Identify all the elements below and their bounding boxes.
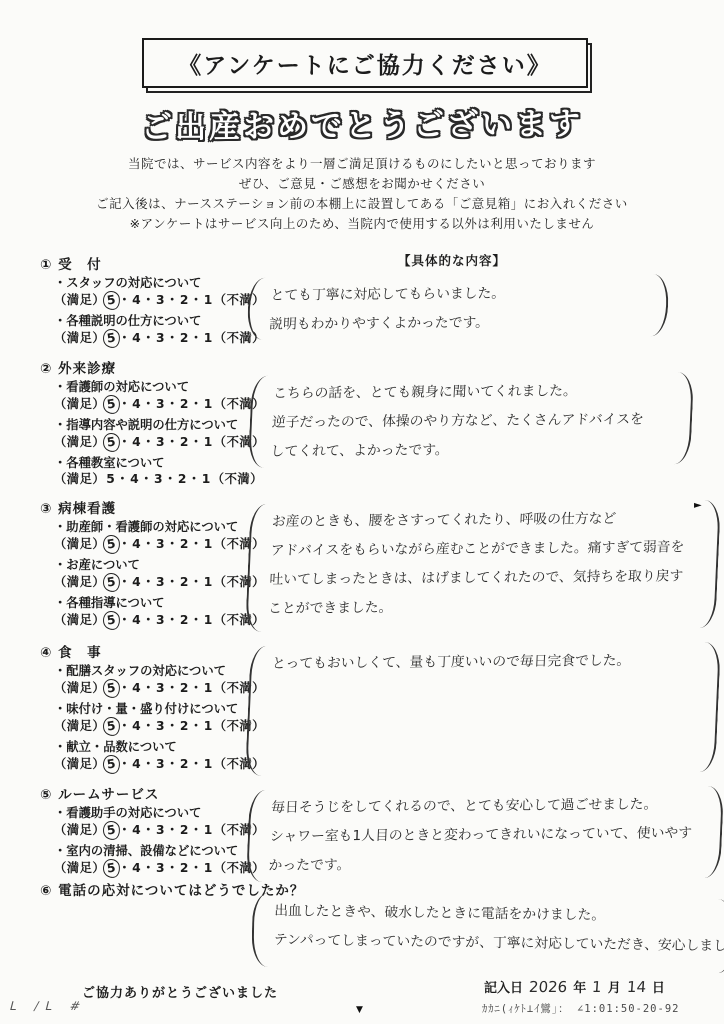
scale-prefix: （満足） [54, 613, 105, 627]
scale-separator: ・ [118, 719, 131, 733]
handwritten-line: シャワー室も1人目のときと変わってきれいになっていて、使いやす [269, 819, 702, 852]
scale-prefix: （満足） [54, 472, 105, 486]
scale-separator: ・ [166, 397, 179, 411]
scale-prefix: （満足） [54, 719, 105, 733]
scale-number: 4 [131, 330, 142, 347]
survey-title-box: 《アンケートにご協力ください》 [142, 38, 588, 88]
scale-number: 2 [179, 434, 190, 451]
arrow-down-artifact: ▼ [356, 1005, 363, 1015]
scale-separator: ・ [166, 757, 179, 771]
handwritten-line: 吐いてしまったときは、はげましてくれたので、気持ちを取り戻す [269, 562, 698, 595]
scale-suffix: （不満） [212, 472, 263, 486]
scale-prefix: （満足） [54, 681, 105, 695]
scale-prefix: （満足） [54, 861, 105, 875]
scale-separator: ・ [118, 861, 131, 875]
date-year-suffix: 年 [573, 981, 586, 996]
handwritten-line: テンパってしまっていたのですが、丁寧に対応していただき、安心しました。 [274, 926, 714, 961]
scale-number: 1 [203, 860, 214, 877]
scale-number: 4 [131, 396, 142, 413]
scale-separator: ・ [190, 331, 203, 345]
handwritten-line: とってもおいしくて、量も丁度いいので毎日完食でした。 [271, 646, 700, 679]
scale-number: 4 [131, 822, 142, 839]
scale-number: 3 [153, 471, 164, 488]
congratulations-heading: ご出産おめでとうございます [0, 97, 724, 148]
scale-separator: ・ [190, 575, 203, 589]
scale-prefix: （満足） [54, 331, 105, 345]
handwritten-comment-2: こちらの話を、とても親身に聞いてくれました。逆子だったので、体操のやり方など、た… [248, 372, 694, 468]
scale-number: 3 [155, 434, 166, 451]
scale-separator: ・ [116, 472, 129, 486]
scale-separator: ・ [140, 472, 153, 486]
scale-separator: ・ [166, 719, 179, 733]
scale-number: 3 [155, 756, 166, 773]
handwritten-comment-3: お産のときも、腰をさすってくれたり、呼吸の仕方などアドバイスをもらいながら産むこ… [245, 500, 721, 632]
scale-number: 2 [177, 471, 188, 488]
date-day-suffix: 日 [652, 981, 665, 996]
scale-prefix: （満足） [54, 537, 105, 551]
scale-number: 4 [131, 860, 142, 877]
scale-prefix: （満足） [54, 293, 105, 307]
fill-in-date: 記入日2026年1月14日 [484, 977, 665, 996]
scale-number: 3 [155, 574, 166, 591]
fax-stamp-upside-down: ｶｶﾆ(ｨｹﾄ⊥ｲ鸞｣： ∠1:01:50-20-92 [482, 1001, 679, 1016]
scale-prefix: （満足） [54, 575, 105, 589]
scale-separator: ・ [190, 757, 203, 771]
thanks-message: ご協力ありがとうございました [82, 982, 278, 1001]
scale-prefix: （満足） [54, 757, 105, 771]
scale-separator: ・ [142, 435, 155, 449]
scale-separator: ・ [166, 861, 179, 875]
scale-separator: ・ [166, 681, 179, 695]
handwritten-comment-5: 毎日そうじをしてくれるので、とても安心して過ごせました。シャワー室も1人目のとき… [246, 786, 724, 882]
scale-number: 2 [179, 396, 190, 413]
survey-title: 《アンケートにご協力ください》 [178, 47, 552, 80]
section-title: ② 外来診療 [40, 357, 290, 377]
scale-number: 2 [179, 574, 190, 591]
scale-number: 5 [105, 471, 116, 488]
scale-separator: ・ [188, 472, 201, 486]
scale-number: 4 [131, 536, 142, 553]
scale-separator: ・ [118, 613, 131, 627]
scale-number: 4 [131, 434, 142, 451]
scale-number: 2 [179, 292, 190, 309]
handwritten-line: ことができました。 [267, 591, 696, 624]
scale-number: 3 [155, 860, 166, 877]
scale-separator: ・ [142, 861, 155, 875]
scale-separator: ・ [190, 435, 203, 449]
handwritten-line: 逆子だったので、体操のやり方など、たくさんアドバイスを [271, 405, 672, 437]
scale-number: 3 [155, 822, 166, 839]
handwritten-line: かったです。 [268, 848, 701, 881]
handwritten-line: 説明もわかりやすくよかったです。 [269, 307, 648, 339]
scan-corner-marks: L /L # [8, 999, 89, 1013]
scale-number: 1 [203, 434, 214, 451]
date-day-handwritten: 14 [620, 978, 652, 996]
scale-number: 2 [179, 330, 190, 347]
scale-separator: ・ [118, 435, 131, 449]
scale-number: 3 [155, 718, 166, 735]
scale-separator: ・ [118, 537, 131, 551]
scale-number: 1 [203, 612, 214, 629]
handwritten-comment-4: とってもおいしくて、量も丁度いいので毎日完食でした。 [245, 642, 721, 776]
scale-separator: ・ [142, 537, 155, 551]
scale-separator: ・ [166, 293, 179, 307]
scale-separator: ・ [142, 293, 155, 307]
handwritten-line: アドバイスをもらいながら産むことができました。痛すぎて弱音を [270, 533, 699, 566]
scale-separator: ・ [166, 575, 179, 589]
handwritten-comment-1: とても丁寧に対応してもらいました。説明もわかりやすくよかったです。 [247, 274, 670, 340]
survey-page: 《アンケートにご協力ください》 ご出産おめでとうございます 当院では、サービス内… [0, 0, 724, 1024]
scale-number: 3 [155, 536, 166, 553]
scale-number: 1 [203, 292, 214, 309]
intro-line: ご記入後は、ナースステーション前の本棚上に設置してある「ご意見箱」にお入れくださ… [0, 194, 724, 214]
specific-content-header: 【具体的な内容】 [398, 251, 506, 269]
scale-number: 4 [131, 680, 142, 697]
scale-number: 2 [179, 860, 190, 877]
rating-scale: （満足）5・4・3・2・1（不満） [54, 471, 290, 488]
scale-separator: ・ [142, 575, 155, 589]
scale-separator: ・ [142, 757, 155, 771]
intro-line: 当院では、サービス内容をより一層ご満足頂けるものにしたいと思っております [0, 154, 724, 174]
scale-separator: ・ [190, 823, 203, 837]
intro-line: ぜひ、ご意見・ご感想をお聞かせください [0, 174, 724, 194]
scale-number: 1 [203, 396, 214, 413]
handwritten-line: こちらの話を、とても親身に聞いてくれました。 [272, 376, 673, 408]
scale-separator: ・ [118, 575, 131, 589]
scale-separator: ・ [118, 331, 131, 345]
date-year-handwritten: 2026 [522, 978, 573, 996]
handwritten-comment-6: 出血したときや、破水したときに電話をかけました。テンパってしまっていたのですが、… [252, 893, 724, 974]
scale-separator: ・ [164, 472, 177, 486]
scale-number: 2 [179, 718, 190, 735]
scale-number: 3 [155, 292, 166, 309]
scale-separator: ・ [166, 331, 179, 345]
scale-number: 4 [131, 574, 142, 591]
date-month-handwritten: 1 [586, 978, 609, 996]
scale-number: 4 [131, 292, 142, 309]
scale-separator: ・ [142, 823, 155, 837]
scale-number: 3 [155, 330, 166, 347]
scale-separator: ・ [190, 681, 203, 695]
scale-separator: ・ [142, 331, 155, 345]
scale-number: 1 [201, 471, 212, 488]
scale-number: 1 [203, 536, 214, 553]
scale-separator: ・ [118, 293, 131, 307]
date-label: 記入日 [484, 981, 523, 996]
scale-separator: ・ [118, 397, 131, 411]
scale-number: 1 [203, 718, 214, 735]
scale-separator: ・ [118, 823, 131, 837]
scale-separator: ・ [142, 719, 155, 733]
scale-separator: ・ [190, 719, 203, 733]
scale-separator: ・ [166, 823, 179, 837]
scale-separator: ・ [190, 861, 203, 875]
scale-number: 2 [179, 536, 190, 553]
handwritten-line: 毎日そうじをしてくれるので、とても安心して過ごせました。 [270, 790, 703, 823]
scale-number: 2 [179, 680, 190, 697]
scale-number: 4 [131, 612, 142, 629]
scale-prefix: （満足） [54, 397, 105, 411]
intro-line: ※アンケートはサービス向上のため、当院内で使用する以外は利用いたしません [0, 214, 724, 234]
scale-number: 1 [203, 330, 214, 347]
scale-separator: ・ [190, 537, 203, 551]
scale-number: 1 [203, 574, 214, 591]
handwritten-line: してくれて、よかったです。 [270, 434, 671, 466]
arrow-right-artifact: ► [694, 500, 702, 511]
scale-prefix: （満足） [54, 435, 105, 449]
scale-separator: ・ [142, 681, 155, 695]
handwritten-line: とても丁寧に対応してもらいました。 [270, 278, 649, 310]
scale-separator: ・ [142, 397, 155, 411]
date-month-suffix: 月 [608, 981, 621, 996]
scale-number: 1 [203, 680, 214, 697]
scale-number: 4 [131, 718, 142, 735]
scale-number: 1 [203, 756, 214, 773]
scale-separator: ・ [190, 293, 203, 307]
scale-separator: ・ [190, 397, 203, 411]
scale-number: 3 [155, 396, 166, 413]
scale-number: 4 [131, 756, 142, 773]
intro-paragraph: 当院では、サービス内容をより一層ご満足頂けるものにしたいと思っております ぜひ、… [0, 154, 724, 234]
scale-separator: ・ [166, 613, 179, 627]
scale-number: 3 [155, 612, 166, 629]
section-title: ① 受 付 [40, 253, 290, 273]
scale-separator: ・ [118, 757, 131, 771]
scale-separator: ・ [142, 613, 155, 627]
scale-number: 1 [203, 822, 214, 839]
scale-number: 4 [129, 471, 140, 488]
scale-separator: ・ [118, 681, 131, 695]
scale-number: 3 [155, 680, 166, 697]
handwritten-line: お産のときも、腰をさすってくれたり、呼吸の仕方など [271, 504, 700, 537]
scale-separator: ・ [166, 537, 179, 551]
scale-separator: ・ [166, 435, 179, 449]
scale-number: 2 [179, 756, 190, 773]
scale-number: 2 [179, 612, 190, 629]
scale-number: 2 [179, 822, 190, 839]
scale-prefix: （満足） [54, 823, 105, 837]
scale-separator: ・ [190, 613, 203, 627]
